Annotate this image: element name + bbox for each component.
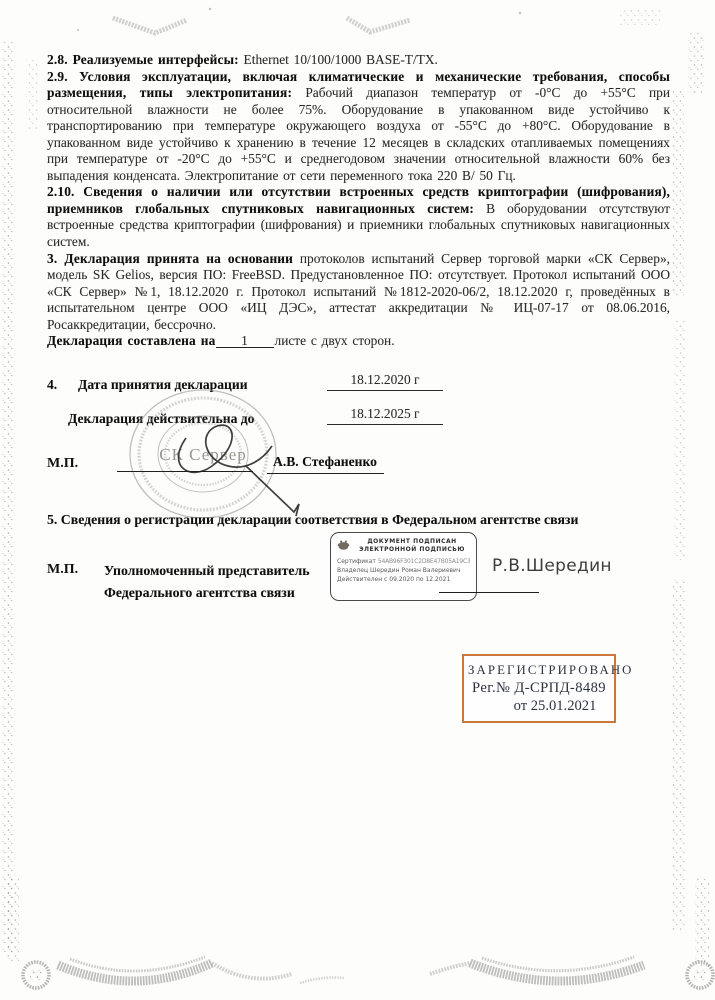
registrar-name: Р.В.Шередин (492, 556, 612, 576)
esignature-certificate-line: Сертификат 54AB96F301C2D8E47B05A19C3F6D8… (337, 558, 470, 567)
paragraph-2-9: 2.9. Условия эксплуатации, включая клима… (47, 69, 670, 185)
mp-stamp-label-2: М.П. (47, 562, 78, 578)
representative-title-line2: Федерального агентства связи (104, 582, 310, 604)
section-5-heading: 5. Сведения о регистрации декларации соо… (47, 512, 670, 528)
lace-bottom-garland (23, 957, 713, 988)
representative-title-line1: Уполномоченный представитель (104, 560, 310, 582)
representative-title: Уполномоченный представитель Федеральног… (104, 560, 310, 603)
lace-left-strip (2, 42, 15, 952)
paragraph-3-label: 3. Декларация принята на основании (47, 251, 293, 266)
certificate-value: 54AB96F301C2D8E47B05A19C3F6D8217E0 (378, 558, 470, 565)
certificate-label: Сертификат (337, 558, 376, 565)
paragraph-2-8-label: 2.8. Реализуемые интерфейсы: (47, 52, 239, 67)
sheet-count-value: 1 (216, 335, 274, 348)
registration-stamp-title: ЗАРЕГИСТРИРОВАНО (468, 663, 610, 678)
paragraph-2-8-text: Ethernet 10/100/1000 BASE-T/TX. (244, 52, 438, 67)
sheet-count-suffix: листе с двух сторон. (275, 333, 395, 348)
valid-until-value: 18.12.2025 г (327, 406, 443, 425)
lace-top-swag (113, 18, 187, 33)
registration-stamp: ЗАРЕГИСТРИРОВАНО Рег.№ Д-СРПД-8489 от 25… (462, 654, 616, 723)
esignature-header: ДОКУМЕНТ ПОДПИСАН ЭЛЕКТРОННОЙ ПОДПИСЬЮ (354, 538, 470, 553)
coat-of-arms-icon (337, 539, 350, 552)
sheet-count-label: Декларация составлена на (47, 333, 216, 348)
esignature-header-line2: ЭЛЕКТРОННОЙ ПОДПИСЬЮ (354, 546, 470, 554)
acceptance-date-value: 18.12.2020 г (327, 372, 443, 391)
paragraph-2-8: 2.8. Реализуемые интерфейсы: Ethernet 10… (47, 52, 670, 69)
esignature-owner-line: Владелец Шередин Роман Валериевич (337, 567, 470, 576)
lace-right-strip (672, 88, 684, 298)
seal-company-name: СК Сервер (159, 445, 247, 464)
registration-number: Рег.№ Д-СРПД-8489 (468, 680, 610, 697)
scanned-declaration-page: 2.8. Реализуемые интерфейсы: Ethernet 10… (0, 0, 715, 1000)
sheet-count-line: Декларация составлена на1листе с двух ст… (47, 333, 670, 350)
signature-line-2 (439, 592, 539, 593)
mp-stamp-label-1: М.П. (47, 456, 78, 472)
paragraph-2-10: 2.10. Сведения о наличии или отсутствии … (47, 184, 670, 250)
esignature-stamp: ДОКУМЕНТ ПОДПИСАН ЭЛЕКТРОННОЙ ПОДПИСЬЮ С… (330, 532, 477, 601)
registration-date: от 25.01.2021 (468, 698, 610, 715)
paragraph-3: 3. Декларация принята на основании прото… (47, 251, 670, 334)
signer-name: А.В. Стефаненко (267, 454, 384, 474)
esignature-header-line1: ДОКУМЕНТ ПОДПИСАН (354, 538, 470, 546)
signature-line-1 (117, 471, 253, 472)
esignature-validity-line: Действителен с 09.2020 по 12.2021 (337, 576, 470, 585)
section-4-number: 4. (47, 377, 78, 393)
document-body: 2.8. Реализуемые интерфейсы: Ethernet 10… (47, 52, 670, 350)
